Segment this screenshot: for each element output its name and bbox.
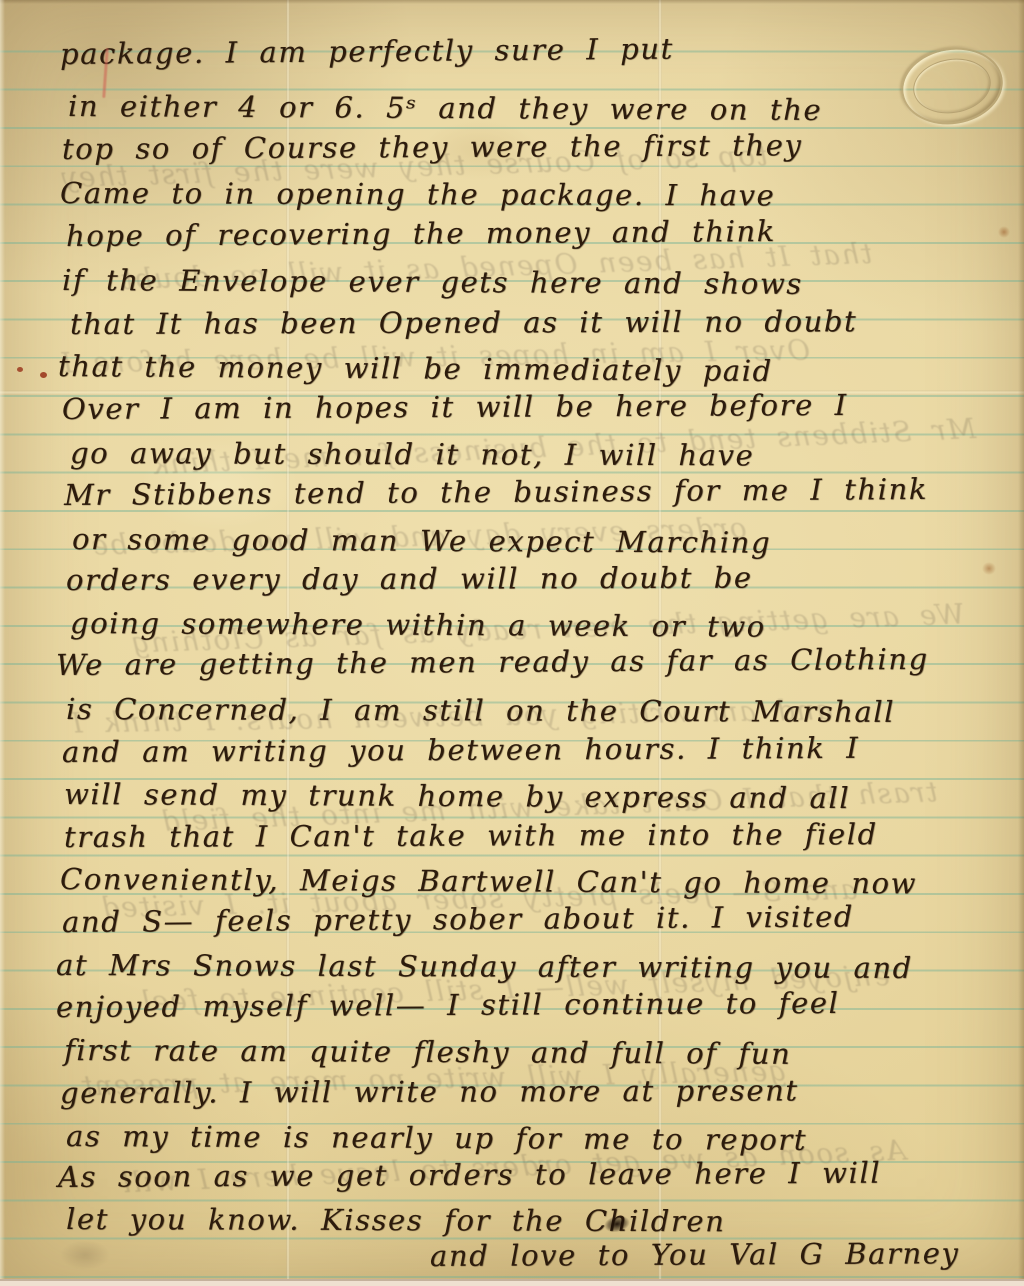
scan-edge-top — [0, 0, 1024, 4]
red-ink-spot — [40, 372, 47, 378]
scan-edge-bottom — [0, 1279, 1024, 1286]
letter-line: Conveniently, Meigs Bartwell Can't go ho… — [60, 863, 917, 901]
letter-line: hope of recovering the money and think — [66, 215, 776, 253]
letter-line: that the money will be immediately paid — [58, 350, 773, 388]
letter-line: and S— feels pretty sober about it. I vi… — [62, 900, 854, 939]
letter-line: go away but should it not, I will have — [70, 437, 754, 473]
letter-line: orders every day and will no doubt be — [66, 562, 753, 598]
letter-line: or some good man We expect Marching — [72, 523, 771, 560]
letter-line: Mr Stibbens tend to the business for me … — [64, 473, 928, 512]
pencil-smudge — [60, 1240, 110, 1270]
letter-line: Came to in opening the package. I have — [60, 177, 775, 213]
letter-line: enjoyed myself well— I still continue to… — [56, 987, 840, 1024]
letter-line: first rate am quite fleshy and full of f… — [64, 1034, 791, 1071]
letter-line: package. I am perfectly sure I put — [60, 33, 674, 72]
letter-line: in either 4 or 6. 5ˢ and they were on th… — [68, 90, 822, 127]
scan-edge-right — [1018, 0, 1024, 1286]
letter-line: top so of Course they were the first the… — [62, 129, 803, 166]
letter-line: if the Envelope ever gets here and shows — [62, 264, 803, 301]
letter-line: We are getting the men ready as far as C… — [56, 643, 929, 682]
letter-line: trash that I Can't take with me into the… — [64, 818, 878, 854]
foxing-spot — [982, 562, 996, 575]
letter-line: generally. I will write no more at prese… — [60, 1074, 799, 1110]
letter-line: As soon as we get orders to leave here I… — [58, 1157, 881, 1195]
letter-closing-signature: and love to You Val G Barney — [430, 1237, 960, 1273]
letter-line: and am writing you between hours. I thin… — [62, 732, 859, 770]
letter-line: is Concerned, I am still on the Court Ma… — [66, 693, 895, 729]
letter-line: going somewhere within a week or two — [70, 607, 766, 644]
foxing-spot — [998, 226, 1010, 238]
letter-line: will send my trunk home by express and a… — [64, 778, 850, 815]
letter-line: as my time is nearly up for me to report — [66, 1120, 807, 1157]
letter-scan: that It has been Opened as it will no do… — [0, 0, 1024, 1286]
letter-line: Over I am in hopes it will be here befor… — [62, 389, 848, 426]
letter-line: at Mrs Snows last Sunday after writing y… — [56, 949, 913, 985]
letter-line: that It has been Opened as it will no do… — [70, 305, 857, 341]
red-ink-spot — [17, 367, 23, 372]
embossed-seal-inner-ring — [909, 53, 994, 119]
scan-edge-left — [0, 0, 5, 1286]
